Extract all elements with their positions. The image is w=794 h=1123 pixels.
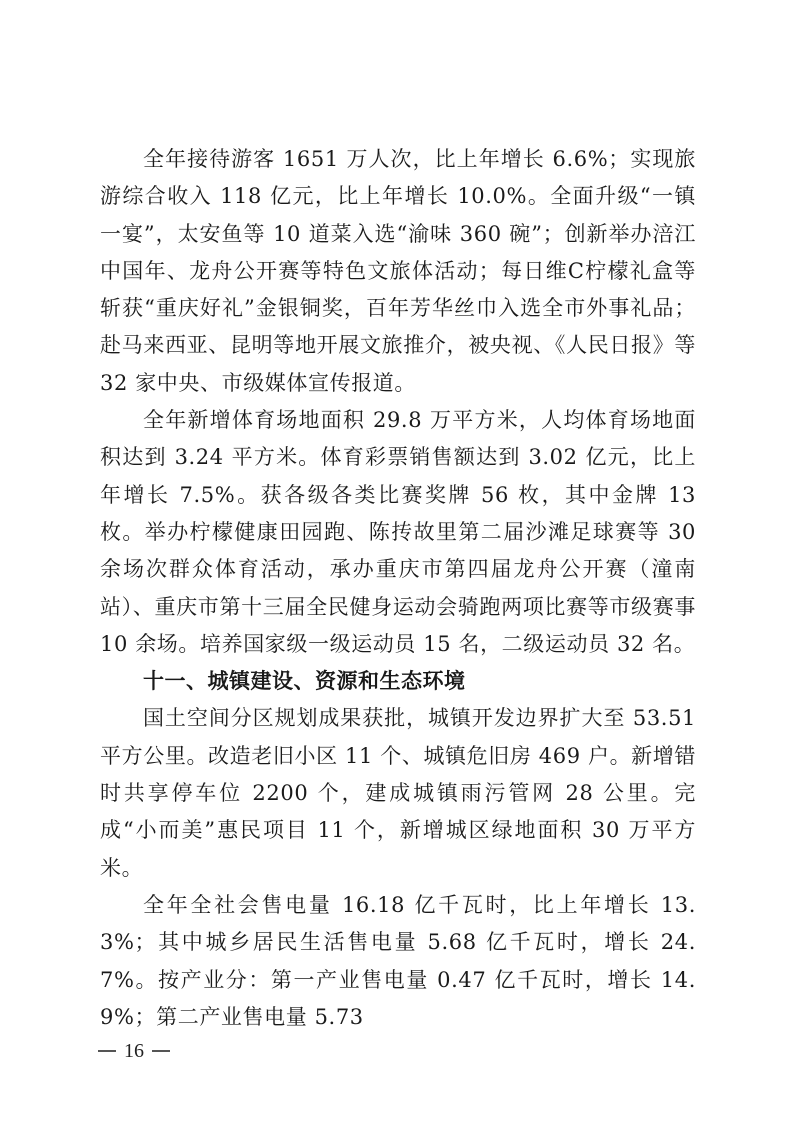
footer-dash-right [152, 1050, 170, 1052]
paragraph-tourism: 全年接待游客 1651 万人次，比上年增长 6.6%；实现旅游综合收入 118 … [100, 141, 696, 402]
page-number: 16 [124, 1038, 144, 1064]
document-page: 全年接待游客 1651 万人次，比上年增长 6.6%；实现旅游综合收入 118 … [100, 141, 696, 1036]
footer-dash-left [98, 1050, 116, 1052]
paragraph-sports: 全年新增体育场地面积 29.8 万平方米，人均体育场地面积达到 3.24 平方米… [100, 402, 696, 663]
section-heading: 十一、城镇建设、资源和生态环境 [100, 663, 696, 700]
page-footer: 16 [98, 1038, 170, 1064]
paragraph-urban-construction: 国土空间分区规划成果获批，城镇开发边界扩大至 53.51 平方公里。改造老旧小区… [100, 700, 696, 886]
paragraph-electricity: 全年全社会售电量 16.18 亿千瓦时，比上年增长 13.3%；其中城乡居民生活… [100, 887, 696, 1036]
